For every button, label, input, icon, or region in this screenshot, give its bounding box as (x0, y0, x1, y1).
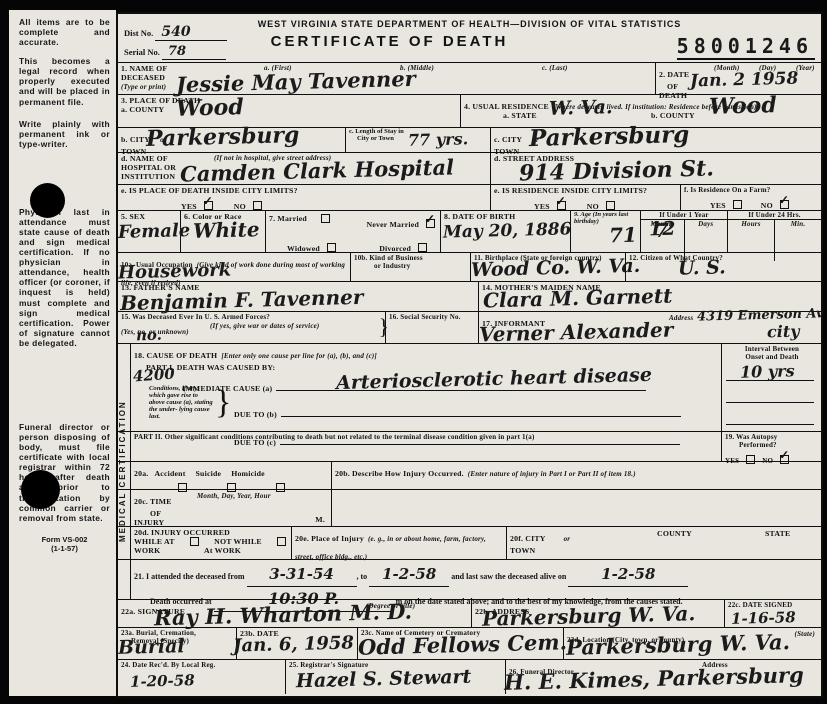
field-death-city-limits: e. IS PLACE OF DEATH INSIDE CITY LIMITS?… (118, 185, 490, 210)
field-date-received: 24. Date Rec'd. By Local Reg. 1-20-58 (118, 660, 285, 694)
field-occupation: 10a. Usual Occupation (Give kind of work… (118, 253, 350, 281)
last-seen-value: 1-2-58 (601, 565, 655, 583)
row-20d: 20d. INJURY OCCURRED WHILE AT NOT WHILE … (118, 526, 821, 559)
armed-forces-value: no. (136, 326, 162, 345)
row-burial: 23a. Burial, Cremation, Removal (Specify… (118, 627, 821, 659)
checkbox-while-at-work (190, 537, 199, 546)
margin-note: Physician last in attendance must state … (19, 207, 110, 348)
field-time-of-injury: 20c. TIME Month, Day, Year, Hour OF INJU… (131, 490, 331, 526)
death-city-value: Parkersburg (146, 122, 300, 152)
row-20a: 20a. Accident Suicide Homicide 20b. Desc… (118, 461, 821, 489)
checkbox-never-married (426, 219, 435, 228)
field-autopsy: 19. Was Autopsy Performed? YES NO (721, 432, 821, 461)
checkbox-farm-yes (733, 200, 742, 209)
field-age-under-24-hrs: If Under 24 Hrs. Hours Min. (727, 211, 821, 252)
hole-punch (21, 470, 60, 509)
field-sex: 5. SEX Female (118, 211, 180, 252)
row-hospital: d. NAME OF HOSPITAL OR INSTITUTION (If n… (118, 152, 821, 184)
age-days-value: 12 (649, 218, 676, 241)
checkbox-farm-no (780, 200, 789, 209)
field-marital-status: 7. Married Never Married Widowed Divorce… (265, 211, 440, 252)
certificate-number-stamp: 58001246 (677, 34, 815, 60)
field-describe-injury: 20b. Describe How Injury Occurred. (Ente… (331, 462, 822, 489)
field-signature-address: 22b. ADDRESS Parkersburg W. Va. (471, 600, 724, 627)
field-injury-city: 20f. CITY COUNTY STATE or TOWN (506, 527, 822, 559)
serial-no: Serial No. 78 (124, 44, 226, 60)
row-part2: PART II. Other significant conditions co… (118, 431, 821, 461)
burial-date-value: Jan. 6, 1958 (233, 632, 354, 656)
field-name-of-deceased: 1. NAME OF DECEASED (Type or print) a. (… (118, 63, 655, 94)
field-hospital: d. NAME OF HOSPITAL OR INSTITUTION (If n… (118, 153, 490, 184)
row-signature: 22a. SIGNATURE (Degree or title) Ray H. … (118, 599, 821, 627)
field-registrar-signature: 25. Registrar's Signature Hazel S. Stewa… (285, 660, 505, 694)
birthplace-value: Wood Co. W. Va. (471, 255, 641, 281)
row-city-limits: e. IS PLACE OF DEATH INSIDE CITY LIMITS?… (118, 184, 821, 210)
field-birthplace: 11. Birthplace (State or foreign country… (470, 253, 625, 281)
row-attended: 21. I attended the deceased from 3-31-54… (118, 559, 821, 599)
attended-from-value: 3-31-54 (269, 565, 334, 583)
field-date-of-death: 2. DATE (Month) (Day) (Year) OF DEATH Ja… (655, 63, 821, 94)
cemetery-value: Odd Fellows Cem. (358, 629, 567, 659)
attended-to-value: 1-2-58 (382, 565, 436, 583)
field-time-of-injury-blank (331, 490, 822, 526)
field-place-of-injury: 20e. Place of Injury (e. g., in or about… (291, 527, 506, 559)
mother-name-value: Clara M. Garnett (483, 284, 673, 313)
residence-city-value: Parkersburg (529, 121, 690, 152)
form-header: Dist No. 540 Serial No. 78 WEST VIRGINIA… (118, 14, 821, 62)
date-of-birth-value: May 20, 1886 (443, 219, 572, 242)
signature-value: Ray H. Wharton M. D. (154, 599, 413, 631)
field-residence-city: c. CITY or TOWN Parkersburg (490, 128, 821, 152)
row-parents: 13. FATHER'S NAME Benjamin F. Tavenner 1… (118, 281, 821, 311)
checkbox-divorced (418, 243, 427, 252)
field-interval: Interval Between Onset and Death 10 yrs (721, 344, 821, 431)
field-age-under-1-year: If Under 1 Year Months 7 Days 12 (640, 211, 727, 252)
field-burial: 23a. Burial, Cremation, Removal (Specify… (118, 628, 236, 659)
residence-county-value: Wood (709, 92, 777, 120)
checkbox-death-in-city-no (253, 201, 262, 210)
field-length-of-stay: c. Length of Stay in City or Town 77 yrs… (345, 128, 490, 152)
row-armed-informant: 15. Was Deceased Ever In U. S. Armed For… (118, 311, 821, 343)
field-accident-suicide-homicide: 20a. Accident Suicide Homicide (131, 462, 331, 489)
informant-address-city: city (767, 322, 800, 342)
checkbox-widowed (327, 243, 336, 252)
checkbox-residence-in-city-yes (557, 201, 566, 210)
date-of-death-value: Jan. 2 1958 (690, 69, 799, 92)
field-mother-name: 14. MOTHER'S MAIDEN NAME Clara M. Garnet… (478, 282, 821, 311)
funeral-director-value: H. E. Kimes, Parkersburg (504, 662, 804, 695)
field-attended: 21. I attended the deceased from 3-31-54… (131, 560, 821, 599)
field-ssn: 16. Social Security No. (385, 312, 478, 343)
death-certificate-scan: All items are to be complete and accurat… (0, 0, 827, 704)
last-name-label: c. (Last) (542, 64, 568, 72)
date-signed-value: 1-16-58 (731, 608, 796, 628)
row-20c: 20c. TIME Month, Day, Year, Hour OF INJU… (118, 489, 821, 526)
hole-punch (30, 183, 65, 218)
field-signature: 22a. SIGNATURE (Degree or title) Ray H. … (118, 600, 471, 627)
checkbox-death-in-city-yes (204, 201, 213, 210)
field-part2: PART II. Other significant conditions co… (131, 432, 721, 461)
street-address-value: 914 Division St. (519, 155, 715, 186)
field-injury-occurred: 20d. INJURY OCCURRED WHILE AT NOT WHILE … (131, 527, 291, 559)
length-of-stay-value: 77 yrs. (408, 129, 469, 150)
conditions-note: Conditions, if any, which gave rise to a… (149, 386, 215, 421)
date-received-value: 1-20-58 (130, 671, 195, 691)
row-occupation: 10a. Usual Occupation (Give kind of work… (118, 252, 821, 281)
field-residence-city-limits: e. IS RESIDENCE INSIDE CITY LIMITS? YES … (490, 185, 680, 210)
checkbox-residence-in-city-no (606, 201, 615, 210)
name-label: 1. NAME OF DECEASED (Type or print) (121, 64, 181, 92)
field-informant: 17. INFORMANT Address 4319 Emerson Av ci… (478, 312, 821, 343)
cause-code: 4200 (132, 365, 175, 386)
field-armed-forces: 15. Was Deceased Ever In U. S. Armed For… (118, 312, 385, 343)
form-number: Form VS-002 (1-1-57) (19, 535, 110, 555)
due-to-b-line (281, 406, 681, 417)
occupation-value: Housework (118, 260, 232, 284)
margin-note: Write plainly with permanent ink or type… (19, 119, 110, 149)
field-burial-date: 23b. DATE Jan. 6, 1958 (236, 628, 357, 659)
row-place-residence: 3. PLACE OF DEATH a. COUNTY Wood 4. USUA… (118, 94, 821, 127)
row-registrar: 24. Date Rec'd. By Local Reg. 1-20-58 25… (118, 659, 821, 694)
informant-address-value: 4319 Emerson Av (697, 306, 824, 324)
sex-value: Female (118, 220, 191, 243)
field-funeral-director: 26. Funeral Director Address H. E. Kimes… (505, 660, 821, 694)
checkbox-not-while-at-work (277, 537, 286, 546)
field-residence-on-farm: f. Is Residence On a Farm? YES NO (680, 185, 821, 210)
serial-no-value: 78 (162, 44, 226, 60)
dist-no: Dist No. 540 (124, 24, 227, 41)
row-sex-age: 5. SEX Female 6. Color or Race White 7. … (118, 210, 821, 252)
margin-instructions: All items are to be complete and accurat… (9, 10, 116, 696)
informant-name-value: Verner Alexander (479, 317, 674, 346)
name-value: Jessie May Tavenner (176, 66, 416, 97)
row-name: 1. NAME OF DECEASED (Type or print) a. (… (118, 62, 821, 94)
burial-location-value: Parkersburg W. Va. (566, 629, 791, 660)
field-age: 9. Age (In years last birthday) 71 (570, 211, 640, 252)
checkbox-married (321, 214, 330, 223)
field-street-address: d. STREET ADDRESS 914 Division St. (490, 153, 821, 184)
registrar-signature-value: Hazel S. Stewart (296, 666, 472, 693)
field-burial-location: 23d. Location (City, town, or county) (S… (563, 628, 821, 659)
field-father-name: 13. FATHER'S NAME Benjamin F. Tavenner (118, 282, 478, 311)
burial-value: Burial (118, 635, 185, 659)
field-race: 6. Color or Race White (180, 211, 265, 252)
field-date-signed: 22c. DATE SIGNED 1-16-58 (724, 600, 821, 627)
row-city: b. CITY or TOWN Parkersburg c. Length of… (118, 127, 821, 152)
margin-note: All items are to be complete and accurat… (19, 17, 110, 47)
certificate-form: MEDICAL CERTIFICATION Dist No. 540 Seria… (116, 12, 823, 698)
residence-state-value: W. Va. (549, 96, 613, 120)
brace: } (215, 384, 231, 422)
dist-no-value: 540 (155, 24, 227, 41)
citizen-value: U. S. (678, 256, 726, 279)
place-county-value: Wood (176, 94, 244, 122)
row-cause-of-death: 18. CAUSE OF DEATH [Enter only one cause… (118, 343, 821, 431)
race-value: White (193, 217, 260, 243)
medical-certification-vertical-label: MEDICAL CERTIFICATION (118, 343, 131, 599)
margin-note: This becomes a legal record when properl… (19, 56, 110, 106)
field-date-of-birth: 8. DATE OF BIRTH May 20, 1886 (440, 211, 570, 252)
interval-value: 10 yrs (740, 361, 795, 381)
field-death-city: b. CITY or TOWN Parkersburg (118, 128, 345, 152)
age-value: 71 (609, 223, 637, 248)
field-citizen: 12. Citizen of What Country? U. S. (625, 253, 821, 281)
immediate-cause-line: Arteriosclerotic heart disease (276, 380, 646, 391)
field-industry: 10b. Kind of Business or Industry (350, 253, 470, 281)
field-cause-of-death: 18. CAUSE OF DEATH [Enter only one cause… (131, 344, 721, 431)
field-cemetery: 23c. Name of Cemetery or Crematory Odd F… (357, 628, 563, 659)
